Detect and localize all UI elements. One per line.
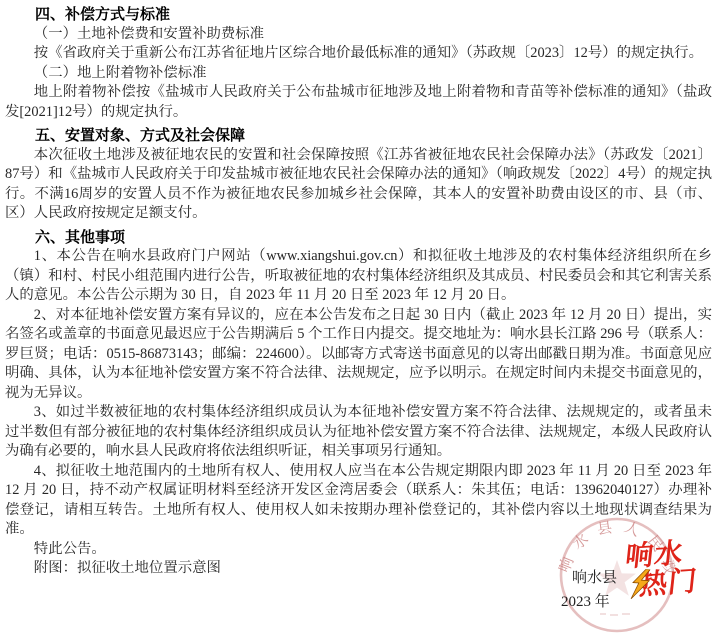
- para-other-2: 2、对本征地补偿安置方案有异议的，应在本公告发布之日起 30 日内（截止 202…: [5, 306, 712, 404]
- para-resettlement-1: 本次征收土地涉及被征地农民的安置和社会保障按照《江苏省被征地农民社会保障办法》（…: [5, 146, 712, 224]
- para-compensation-3: （二）地上附着物补偿标准: [5, 64, 712, 84]
- signature-date: 2023 年: [561, 590, 610, 611]
- seal-code-marks: [600, 614, 630, 615]
- para-compensation-2: 按《省政府关于重新公布江苏省征地片区综合地价最低标准的通知》（苏政规〔2023〕…: [5, 44, 712, 64]
- announcement-page: 四、补偿方式与标准 （一）土地补偿费和安置补助费标准 按《省政府关于重新公布江苏…: [0, 0, 718, 633]
- section-heading-resettlement: 五、安置对象、方式及社会保障: [5, 126, 712, 146]
- section-heading-other-matters: 六、其他事项: [5, 228, 712, 248]
- watermark-xiangshui-hot: 响水 热门: [621, 538, 702, 600]
- section-heading-compensation: 四、补偿方式与标准: [5, 5, 712, 25]
- announcement-body: 四、补偿方式与标准 （一）土地补偿费和安置补助费标准 按《省政府关于重新公布江苏…: [0, 0, 718, 579]
- para-compensation-1: （一）土地补偿费和安置补助费标准: [5, 25, 712, 45]
- para-other-1: 1、本公告在响水县政府门户网站（www.xiangshui.gov.cn）和拟征…: [5, 247, 712, 306]
- signature-issuer: 响水县: [572, 566, 617, 587]
- para-compensation-4: 地上附着物补偿按《盐城市人民政府关于公布盐城市征地涉及地上附着物和青苗等补偿标准…: [5, 83, 712, 122]
- para-other-3: 3、如过半数被征地的农村集体经济组织成员认为本征地补偿安置方案不符合法律、法规规…: [5, 403, 712, 462]
